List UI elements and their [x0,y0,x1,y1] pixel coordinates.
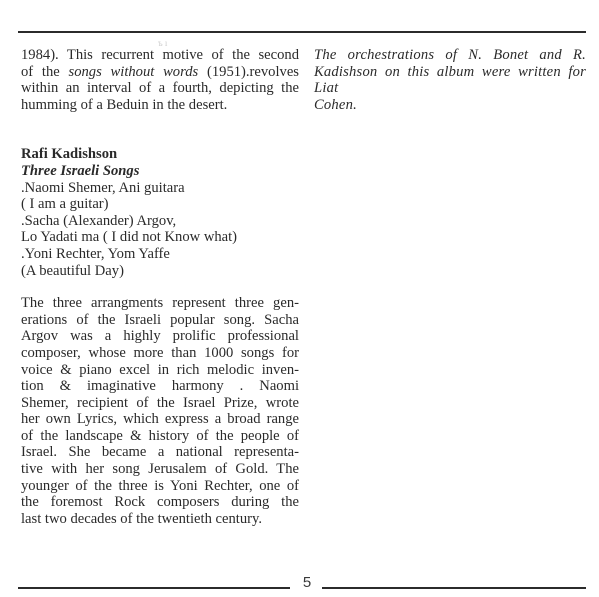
work-entry: Rafi Kadishson Three Israeli Songs .Naom… [21,146,299,279]
intro-paragraph: 1984). This recurrent motive of the seco… [21,47,299,113]
text-line: the foremost Rock composers during the [21,494,299,511]
text-line: of the landscape & history of the people… [21,428,299,445]
text-line: voice & piano excel in rich melodic inve… [21,362,299,379]
text-line: The three arrangments represent three ge… [21,295,299,312]
text-line: last two decades of the twentieth centur… [21,511,299,528]
text-line: tion & imaginative harmony . Naomi [21,378,299,395]
italic-title: songs without words [69,64,199,80]
top-rule [18,31,586,33]
text-line: Israel. She became a national representa… [21,444,299,461]
orchestration-note: The orchestrations of N. Bonet and R. Ka… [314,47,586,113]
text-line: younger of the three is Yoni Rechter, on… [21,478,299,495]
text-line: The orchestrations of N. Bonet and R. [314,47,586,64]
song-line: ( I am a guitar) [21,196,299,213]
text-line: composer, whose more than 1000 songs for [21,345,299,362]
text-line: Shemer, recipient of the Israel Prize, w… [21,395,299,412]
song-line: (A beautiful Day) [21,263,299,280]
spacer [21,113,299,146]
page-footer: 5 [18,578,586,596]
bottom-rule-left [18,587,290,589]
text-line: within an interval of a fourth, depictin… [21,80,299,97]
description-paragraph: The three arrangments represent three ge… [21,295,299,527]
text-line: her own Lyrics, which express a broad ra… [21,411,299,428]
page-number: 5 [297,574,317,591]
song-line: .Sacha (Alexander) Argov, [21,213,299,230]
composer-name: Rafi Kadishson [21,146,299,163]
text-fragment: of the [21,64,69,80]
work-title: Three Israeli Songs [21,163,299,180]
text-line: Kadishson on this album were written for… [314,64,586,97]
text-line: tive with her song Jerusalem of Gold. Th… [21,461,299,478]
spacer [21,279,299,295]
text-line: Cohen. [314,97,586,114]
text-line: of the songs without words (1951).revolv… [21,64,299,81]
text-line: humming of a Beduin in the desert. [21,97,299,114]
text-line: erations of the Israeli popular song. Sa… [21,312,299,329]
left-column: 1984). This recurrent motive of the seco… [21,47,299,527]
text-line: 1984). This recurrent motive of the seco… [21,47,299,64]
text-fragment: (1951).revolves [198,64,299,80]
song-line: Lo Yadati ma ( I did not Know what) [21,229,299,246]
text-line: Argov was a highly prolific professional [21,328,299,345]
song-line: .Naomi Shemer, Ani guitara [21,180,299,197]
right-column: The orchestrations of N. Bonet and R. Ka… [314,47,586,113]
song-line: .Yoni Rechter, Yom Yaffe [21,246,299,263]
bottom-rule-right [322,587,586,589]
